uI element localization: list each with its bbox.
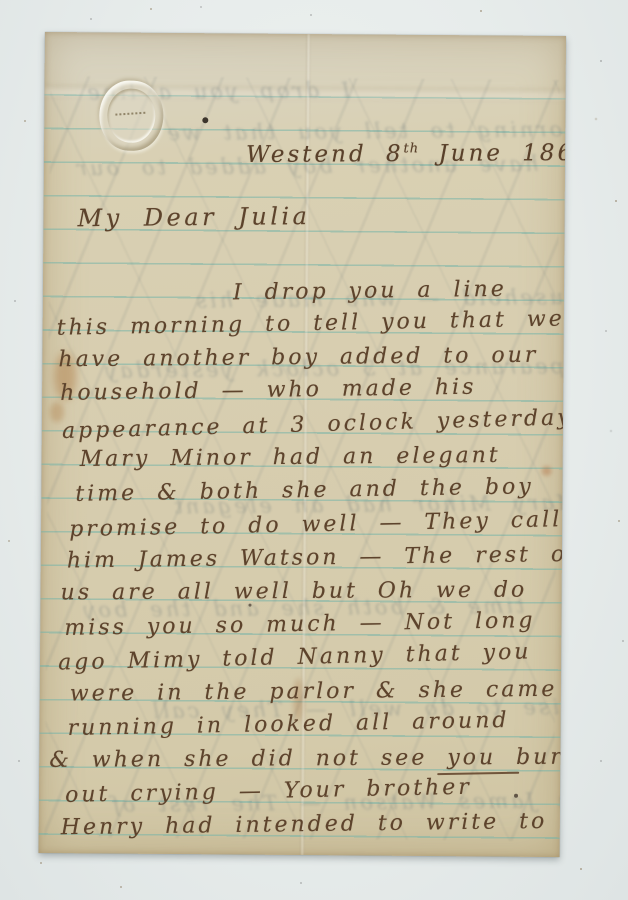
- handwriting-line: were in the parlor & she came: [70, 677, 558, 707]
- dust-specks: [0, 0, 2, 2]
- embossed-stationery-seal-icon: [99, 80, 164, 151]
- letter-body: I drop you a linethis morning to tell yo…: [45, 32, 566, 36]
- handwriting-line: this morning to tell you that we: [57, 307, 565, 341]
- handwriting-line: & when she did not see you burst: [49, 744, 566, 772]
- handwriting-line: time & both she and the boy: [75, 475, 534, 508]
- salutation: My Dear Julia: [77, 202, 310, 232]
- dateline: Westend 8th June 1868: [246, 140, 566, 168]
- ink-stain: [542, 466, 552, 476]
- handwriting-line: have another boy added to our: [58, 342, 538, 372]
- dateline-place-day: Westend 8: [246, 141, 404, 168]
- handwriting-line: running in looked all around: [67, 708, 509, 741]
- handwriting-line: ago Mimy told Nanny that you: [58, 640, 532, 676]
- handwriting-line: Henry had intended to write to: [61, 809, 548, 840]
- handwriting-line: appearance at 3 oclock yesterday: [62, 405, 566, 444]
- handwriting-line: miss you so much — Not long: [64, 608, 536, 641]
- ink-blot: [202, 117, 208, 123]
- dateline-month-year: June 1868: [419, 140, 566, 167]
- ink-bleedthrough-lines: I drop you a linethis morning to tell yo…: [45, 32, 566, 36]
- emphasis-underline: [437, 772, 519, 776]
- handwriting-line: us are all well but Oh we do: [61, 577, 528, 605]
- handwriting-line: promise to do well — They call: [69, 507, 563, 542]
- handwriting-line: him James Watson — The rest of: [67, 542, 566, 574]
- ink-blot: [514, 794, 518, 798]
- letter-page: I drop you a linethis morning to tell yo…: [39, 32, 566, 857]
- handwriting-line: household — who made his: [60, 375, 477, 406]
- handwriting-line: Mary Minor had an elegant: [80, 443, 501, 472]
- handwriting-line: out crying — Your brother: [65, 775, 472, 808]
- dateline-ordinal: th: [403, 141, 419, 156]
- handwriting-line: I drop you a line: [233, 277, 507, 306]
